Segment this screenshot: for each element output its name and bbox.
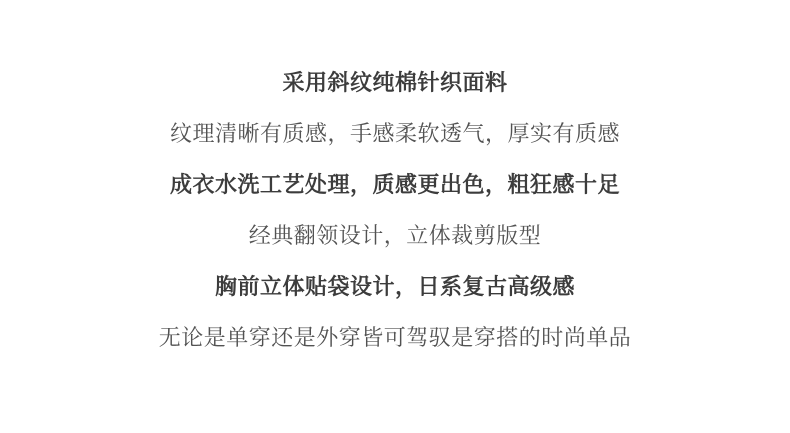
- product-description-block: 采用斜纹纯棉针织面料 纹理清晰有质感，手感柔软透气，厚实有质感 成衣水洗工艺处理…: [0, 0, 790, 364]
- feature-line-pocket: 胸前立体贴袋设计，日系复古高级感: [0, 262, 790, 313]
- feature-line-washed-craft: 成衣水洗工艺处理，质感更出色，粗狂感十足: [0, 160, 790, 211]
- feature-line-texture: 纹理清晰有质感，手感柔软透气，厚实有质感: [0, 109, 790, 160]
- feature-line-collar: 经典翻领设计，立体裁剪版型: [0, 211, 790, 262]
- feature-line-fabric: 采用斜纹纯棉针织面料: [0, 58, 790, 109]
- feature-line-styling: 无论是单穿还是外穿皆可驾驭是穿搭的时尚单品: [0, 313, 790, 364]
